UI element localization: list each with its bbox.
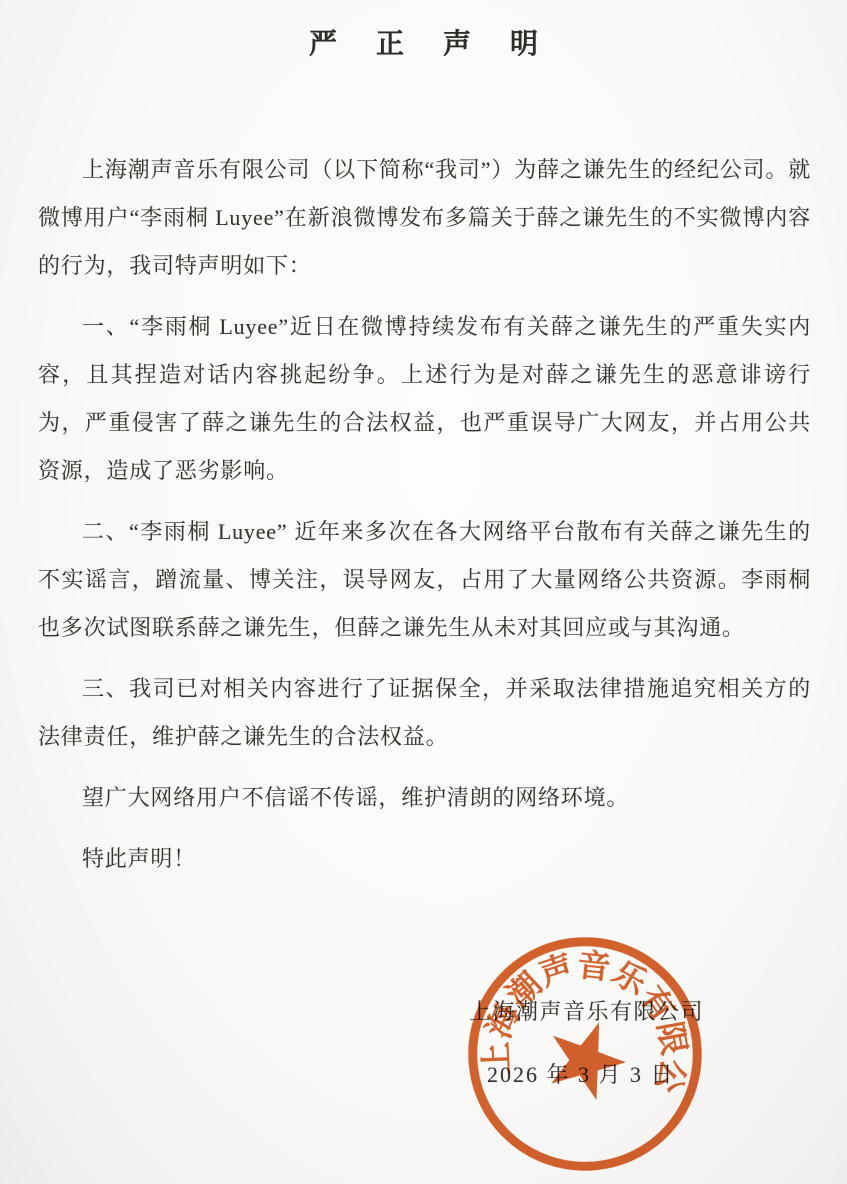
statement-paragraph: 上海潮声音乐有限公司（以下简称“我司”）为薛之谦先生的经纪公司。就微博用户“李雨… bbox=[38, 146, 811, 290]
seal-star-icon bbox=[537, 1009, 635, 1105]
statement-paragraph: 特此声明！ bbox=[38, 835, 811, 883]
statement-paragraph: 望广大网络用户不信谣不传谣，维护清朗的网络环境。 bbox=[38, 774, 811, 822]
statement-paragraph: 二、“李雨桐 Luyee” 近年来多次在各大网络平台散布有关薛之谦先生的不实谣言… bbox=[38, 508, 811, 652]
statement-paragraph: 三、我司已对相关内容进行了证据保全，并采取法律措施追究相关方的法律责任，维护薛之… bbox=[38, 665, 811, 761]
seal-graphic: 上海潮声音乐有限公司 bbox=[459, 928, 711, 1180]
statement-paragraph: 一、“李雨桐 Luyee”近日在微博持续发布有关薛之谦先生的严重失实内容，且其捏… bbox=[38, 303, 811, 495]
page-title: 严 正 声 明 bbox=[0, 22, 847, 62]
statement-body: 上海潮声音乐有限公司（以下简称“我司”）为薛之谦先生的经纪公司。就微博用户“李雨… bbox=[38, 146, 811, 883]
statement-document: 严 正 声 明 上海潮声音乐有限公司（以下简称“我司”）为薛之谦先生的经纪公司。… bbox=[0, 0, 847, 1184]
company-seal-stamp: 上海潮声音乐有限公司 bbox=[459, 928, 711, 1180]
seal-ring-text: 上海潮声音乐有限公司 bbox=[459, 928, 711, 1111]
